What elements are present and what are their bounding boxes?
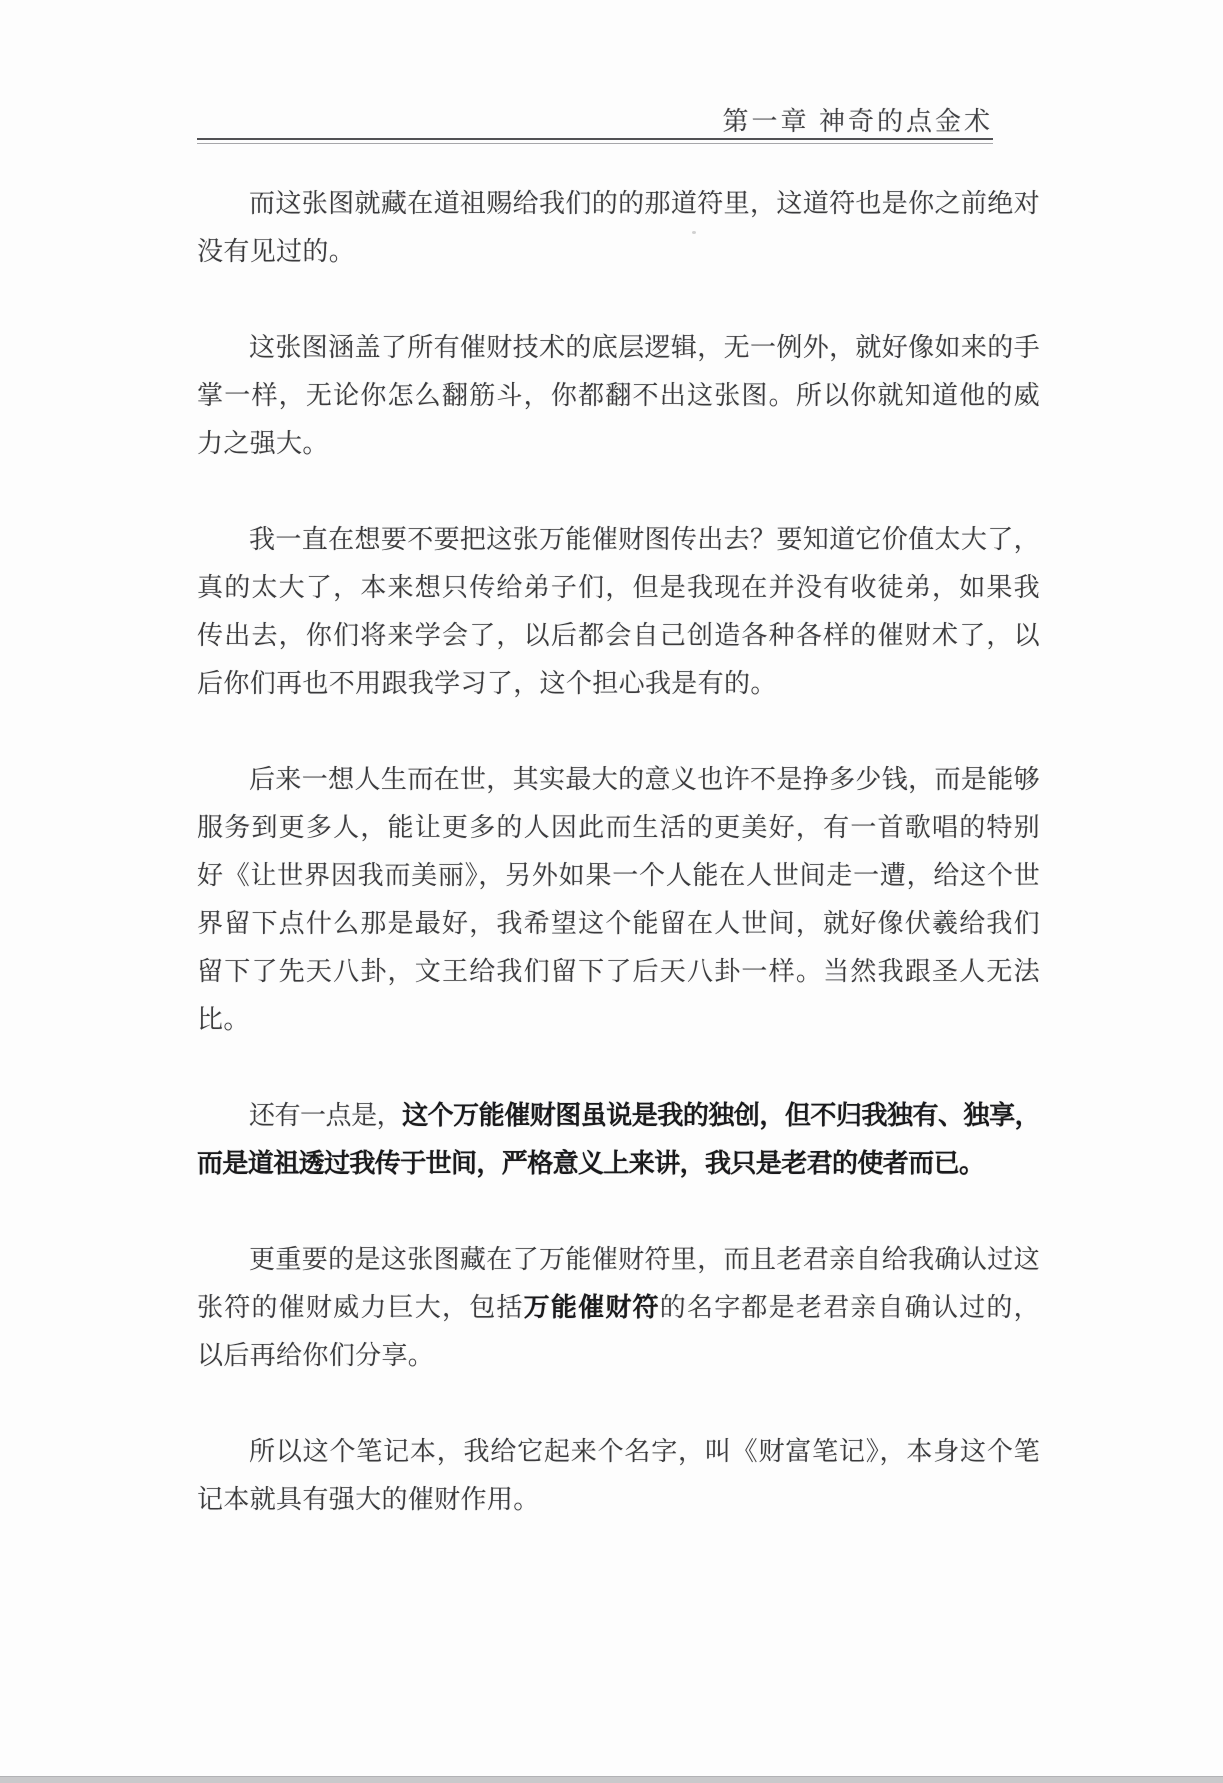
page-bottom-scan-edge (0, 1776, 1223, 1783)
paragraph: 后来一想人生而在世，其实最大的意义也许不是挣多少钱，而是能够服务到更多人，能让更… (197, 756, 1040, 1044)
header-rule (197, 138, 993, 144)
text-segment: 后来一想人生而在世，其实最大的意义也许不是挣多少钱，而是能够服务到更多人，能让更… (197, 765, 1040, 1034)
text-segment-bold: 万能催财符 (524, 1293, 660, 1322)
scan-speck (692, 231, 696, 234)
chapter-title: 第一章 神奇的点金术 (722, 101, 993, 138)
paragraph: 这张图涵盖了所有催财技术的底层逻辑，无一例外，就好像如来的手掌一样，无论你怎么翻… (197, 324, 1040, 468)
document-body: 而这张图就藏在道祖赐给我们的的那道符里，这道符也是你之前绝对没有见过的。这张图涵… (197, 180, 1040, 1572)
text-segment: 我一直在想要不要把这张万能催财图传出去？要知道它价值太大了，真的太大了，本来想只… (197, 525, 1040, 698)
paragraph: 更重要的是这张图藏在了万能催财符里，而且老君亲自给我确认过这张符的催财威力巨大，… (197, 1236, 1040, 1380)
paragraph: 我一直在想要不要把这张万能催财图传出去？要知道它价值太大了，真的太大了，本来想只… (197, 516, 1040, 708)
paragraph: 所以这个笔记本，我给它起来个名字，叫《财富笔记》，本身这个笔记本就具有强大的催财… (197, 1428, 1040, 1524)
scanned-book-page: 第一章 神奇的点金术 而这张图就藏在道祖赐给我们的的那道符里，这道符也是你之前绝… (0, 0, 1223, 1783)
text-segment: 这张图涵盖了所有催财技术的底层逻辑，无一例外，就好像如来的手掌一样，无论你怎么翻… (197, 333, 1040, 458)
text-segment: 还有一点是， (249, 1101, 402, 1130)
paragraph: 而这张图就藏在道祖赐给我们的的那道符里，这道符也是你之前绝对没有见过的。 (197, 180, 1040, 276)
paragraph: 还有一点是，这个万能催财图虽说是我的独创，但不归我独有、独享，而是道祖透过我传于… (197, 1092, 1040, 1188)
text-segment: 而这张图就藏在道祖赐给我们的的那道符里，这道符也是你之前绝对没有见过的。 (197, 189, 1040, 266)
text-segment: 所以这个笔记本，我给它起来个名字，叫《财富笔记》，本身这个笔记本就具有强大的催财… (197, 1437, 1040, 1514)
